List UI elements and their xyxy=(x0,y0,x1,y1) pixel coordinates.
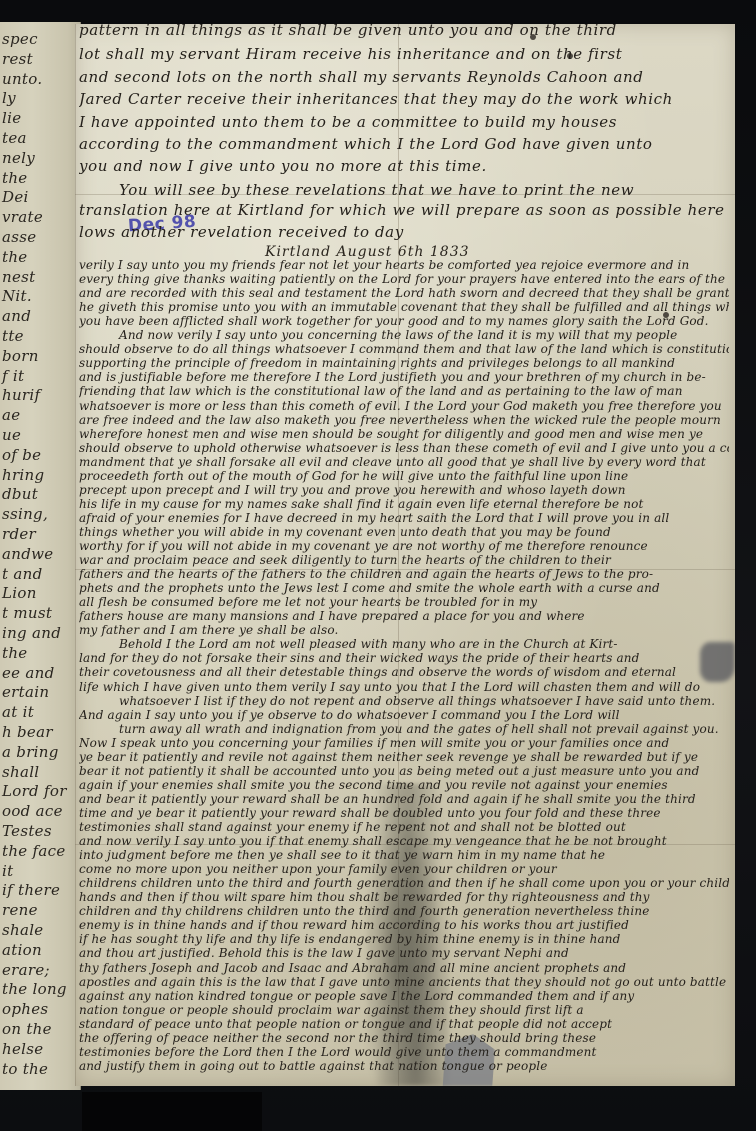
left-page-fragment: vrate xyxy=(2,208,43,226)
left-page-fragment: h bear xyxy=(2,723,53,741)
left-page-fragment: the face xyxy=(2,842,66,860)
left-page-fragment: Dei xyxy=(2,188,29,206)
left-page-fragment: erare; xyxy=(2,961,50,979)
left-page-fragment: the long xyxy=(2,980,67,998)
manuscript-line: lows another revelation received to day xyxy=(79,224,729,240)
left-page-fragment: f it xyxy=(2,367,24,385)
left-page-fragment: asse xyxy=(2,228,36,246)
left-page-fragment: on the xyxy=(2,1020,52,1038)
manuscript-line: You will see by these revelations that w… xyxy=(79,182,729,198)
manuscript-line: and second lots on the north shall my se… xyxy=(79,69,729,85)
left-page-fragment: nely xyxy=(2,149,35,167)
left-page-fragment: ing and xyxy=(2,624,61,642)
left-page-fragment: helse xyxy=(2,1040,43,1058)
left-page-fragment: t and xyxy=(2,565,43,583)
left-page-fragment: nest xyxy=(2,268,35,286)
left-page-fragment: ue xyxy=(2,426,21,444)
manuscript-line: you and now I give unto you no more at t… xyxy=(79,158,729,174)
left-page-fragment: rest xyxy=(2,50,33,68)
left-page-fragment: of be xyxy=(2,446,41,464)
left-page-fragment: spec xyxy=(2,30,38,48)
manuscript-line: according to the commandment which I the… xyxy=(79,136,729,152)
left-page-fragment: ood ace xyxy=(2,802,63,820)
left-page-fragment: tte xyxy=(2,327,24,345)
manuscript-line: Jared Carter receive their inheritances … xyxy=(79,91,729,107)
left-page-fragment: and xyxy=(2,307,31,325)
left-page-fragment: hurif xyxy=(2,386,40,404)
manuscript-line: pattern in all things as it shall be giv… xyxy=(79,24,729,38)
left-page-fragment: the xyxy=(2,169,27,187)
left-page-fragment: rder xyxy=(2,525,36,543)
left-page-fragment: lie xyxy=(2,109,21,127)
left-page-fragment: ation xyxy=(2,941,42,959)
left-page-fragment: born xyxy=(2,347,39,365)
left-page-fragment: andwe xyxy=(2,545,53,563)
left-page-fragment: rene xyxy=(2,901,38,919)
left-page-fragment: unto. xyxy=(2,70,42,88)
left-page-fragment: a bring xyxy=(2,743,59,761)
left-page-fragment: Testes xyxy=(2,822,52,840)
left-page-fragment: ae xyxy=(2,406,20,424)
left-page-fragment: shall xyxy=(2,763,39,781)
left-page-fragment: at it xyxy=(2,703,34,721)
left-page-fragment: ee and xyxy=(2,664,55,682)
left-page-fragment: if there xyxy=(2,881,60,899)
mount-support xyxy=(82,1092,262,1131)
left-page-fragment: the xyxy=(2,644,27,662)
previous-page-edge: specrestunto.lylieteanelytheDeivrateasse… xyxy=(0,22,81,1090)
left-page-fragment: it xyxy=(2,862,13,880)
manuscript-line: translation here at Kirtland for which w… xyxy=(79,202,729,218)
manuscript-line: lot shall my servant Hiram receive his i… xyxy=(79,46,729,62)
left-page-fragment: hring xyxy=(2,466,44,484)
left-page-fragment: to the xyxy=(2,1060,48,1078)
left-page-fragment: t must xyxy=(2,604,52,622)
left-page-fragment: ophes xyxy=(2,1000,48,1018)
left-page-fragment: ertain xyxy=(2,683,49,701)
left-page-fragment: shale xyxy=(2,921,43,939)
left-page-fragment: Nit. xyxy=(2,287,32,305)
manuscript-page: Dec 98 Kirtland August 6th 1833 pattern … xyxy=(75,24,735,1086)
left-page-fragment: Lion xyxy=(2,584,37,602)
left-page-fragment: ssing, xyxy=(2,505,48,523)
fold-line xyxy=(75,24,76,1086)
left-page-fragment: Lord for xyxy=(2,782,67,800)
manuscript-line: I have appointed unto them to be a commi… xyxy=(79,114,729,130)
left-page-fragment: tea xyxy=(2,129,27,147)
left-page-fragment: the xyxy=(2,248,27,266)
left-page-fragment: ly xyxy=(2,89,16,107)
manuscript-line: and justify them in going out to battle … xyxy=(79,1058,729,1074)
left-page-fragment: dbut xyxy=(2,485,38,503)
